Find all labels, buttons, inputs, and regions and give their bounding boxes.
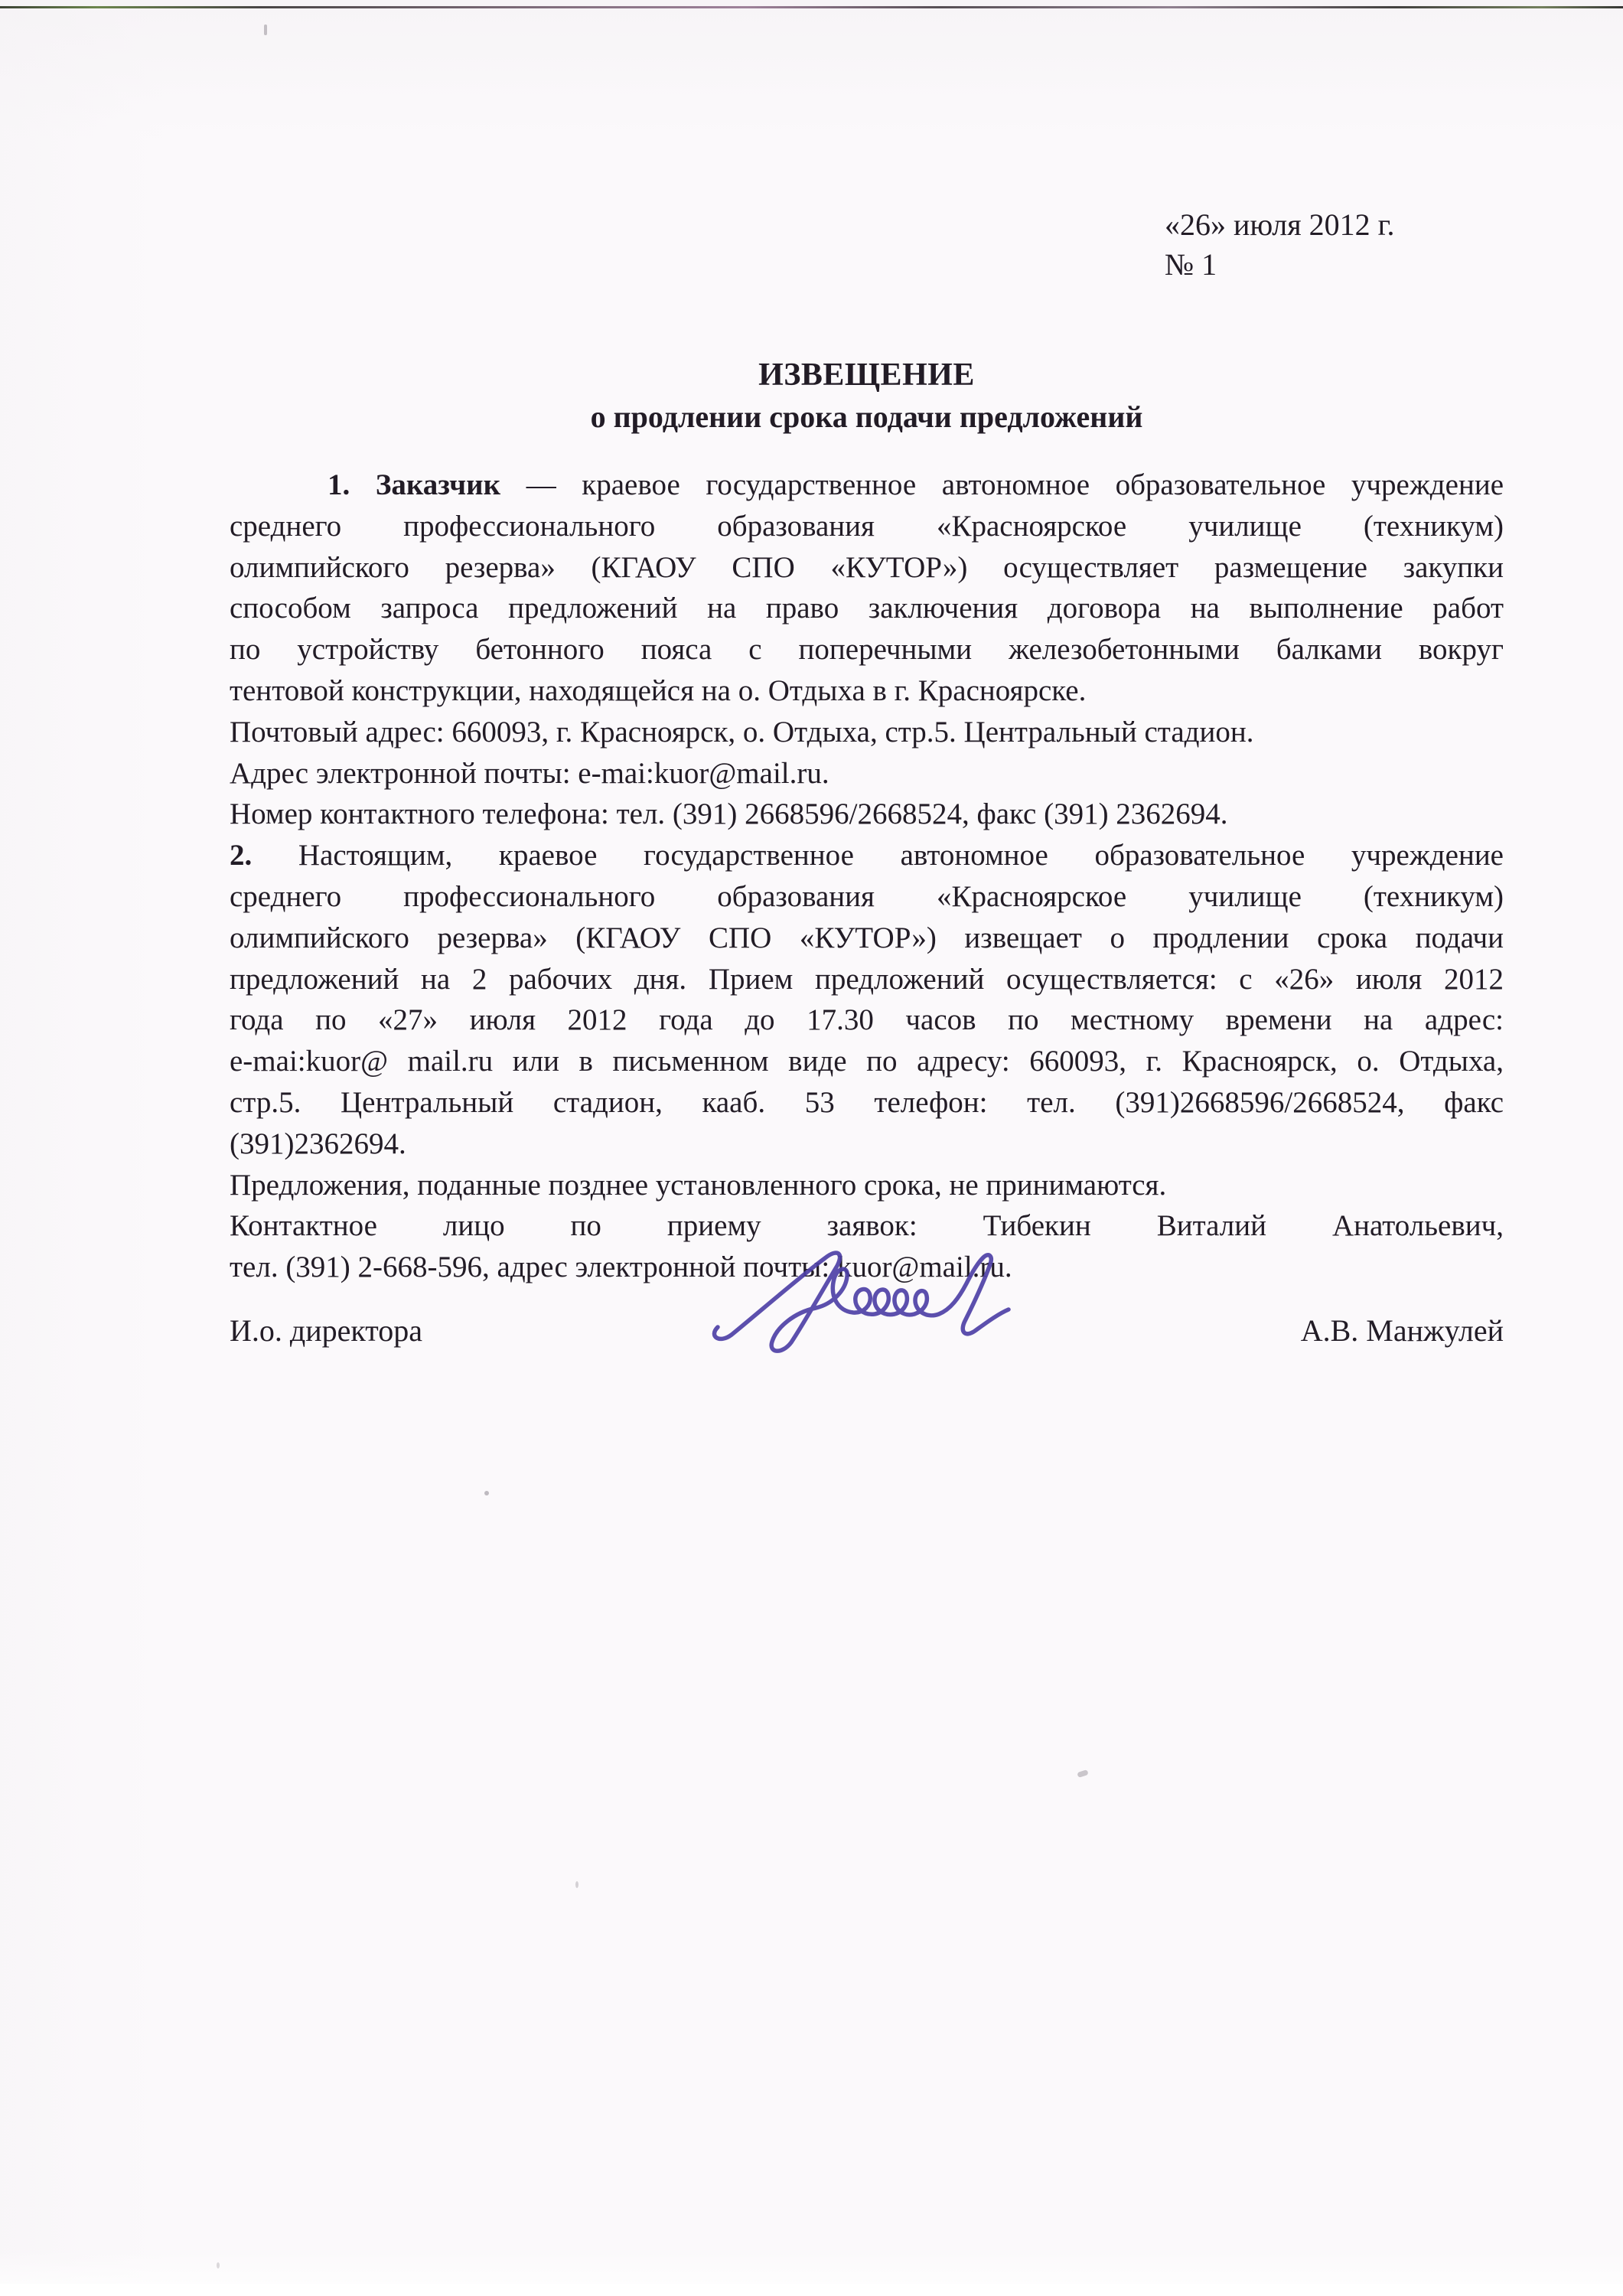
scanned-document-page: «26» июля 2012 г. № 1 ИЗВЕЩЕНИЕ о продле… [0,0,1623,2296]
document-line: по устройству бетонного пояса с поперечн… [230,629,1504,670]
scan-speck [1077,1769,1088,1778]
document-body: 1. Заказчик — краевое государственное ав… [230,465,1504,1288]
document-line: года по «27» июля 2012 года до 17.30 час… [230,1000,1504,1041]
document-line: тентовой конструкции, находящейся на о. … [230,670,1504,712]
document-line: предложений на 2 рабочих дня. Прием пред… [230,959,1504,1000]
document-title: ИЗВЕЩЕНИЕ [230,354,1504,396]
document-line: 1. Заказчик — краевое государственное ав… [230,465,1504,506]
document-line: Номер контактного телефона: тел. (391) 2… [230,794,1504,835]
scan-speck [484,1491,489,1495]
document-line: Почтовый адрес: 660093, г. Красноярск, о… [230,712,1504,753]
document-line: Адрес электронной почты: e-mai:kuor@mail… [230,753,1504,794]
document-line: среднего профессионального образования «… [230,876,1504,918]
document-line: олимпийского резерва» (КГАОУ СПО «КУТОР»… [230,918,1504,959]
document-title-block: ИЗВЕЩЕНИЕ о продлении срока подачи предл… [230,354,1504,438]
document-line-bold-prefix: 2. [230,839,252,872]
document-line: (391)2362694. [230,1124,1504,1165]
scan-speck [217,2262,220,2268]
signoff-role: И.о. директора [230,1310,422,1352]
scan-speck [264,24,267,35]
signoff-name: А.В. Манжулей [1301,1310,1504,1352]
document-line: среднего профессионального образования «… [230,506,1504,547]
document-line: стр.5. Центральный стадион, кааб. 53 тел… [230,1082,1504,1124]
document-line: способом запроса предложений на право за… [230,588,1504,629]
signoff-row: И.о. директора А.В. Манжулей [230,1310,1504,1352]
document-line: 2. Настоящим, краевое государственное ав… [230,835,1504,876]
date-line: «26» июля 2012 г. [1165,205,1395,245]
number-line: № 1 [1165,245,1395,285]
document-line: e-mai:kuor@ mail.ru или в письменном вид… [230,1041,1504,1082]
document-line: олимпийского резерва» (КГАОУ СПО «КУТОР»… [230,547,1504,589]
scanner-edge-line [0,6,1623,8]
scan-speck [575,1881,578,1888]
scanner-bottom-band [0,2284,1623,2296]
document-subtitle: о продлении срока подачи предложений [230,396,1504,438]
document-line: Предложения, поданные позднее установлен… [230,1165,1504,1206]
document-header: «26» июля 2012 г. № 1 [1165,205,1395,285]
document-line-bold-prefix: 1. Заказчик [328,468,500,501]
